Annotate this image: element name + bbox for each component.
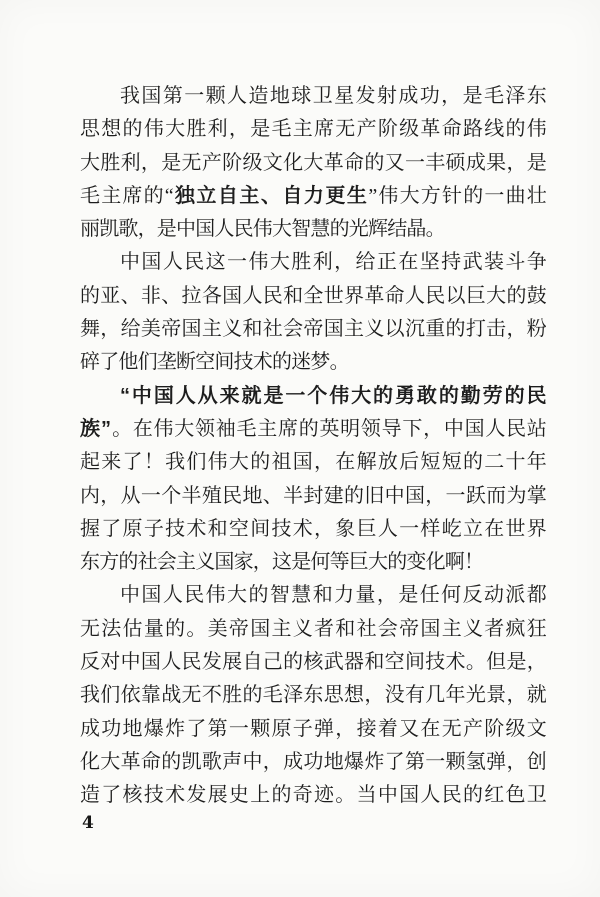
text-line: 我国第一颗人造地球卫星发射成功，是毛泽东 xyxy=(80,80,546,113)
text-segment: 化大革命的凯歌声中，成功地爆炸了第一颗氢弹，创 xyxy=(80,751,546,773)
text-line: 起来了！我们伟大的祖国，在解放后短短的二十年 xyxy=(80,446,546,479)
text-line: 握了原子技术和空间技术，象巨人一样屹立在世界 xyxy=(80,513,546,546)
text-segment: 大胜利，是无产阶级文化大革命的又一丰硕成果，是 xyxy=(80,152,546,174)
text-segment: 思想的伟大胜利，是毛主席无产阶级革命路线的伟 xyxy=(80,118,546,140)
text-segment: 起来了！我们伟大的祖国，在解放后短短的二十年 xyxy=(80,451,546,473)
text-line: 族”。在伟大领袖毛主席的英明领导下，中国人民站 xyxy=(80,413,546,446)
text-line: 丽凯歌，是中国人民伟大智慧的光辉结晶。 xyxy=(80,213,546,246)
text-line: 内，从一个半殖民地、半封建的旧中国，一跃而为掌 xyxy=(80,480,546,513)
text-segment: 的亚、非、拉各国人民和全世界革命人民以巨大的鼓 xyxy=(80,285,546,307)
text-segment: 内，从一个半殖民地、半封建的旧中国，一跃而为掌 xyxy=(80,485,546,507)
text-line: 大胜利，是无产阶级文化大革命的又一丰硕成果，是 xyxy=(80,147,546,180)
paragraph: 中国人民这一伟大胜利，给正在坚持武装斗争的亚、非、拉各国人民和全世界革命人民以巨… xyxy=(80,246,546,379)
text-segment: 。在伟大领袖毛主席的英明领导下，中国人民站 xyxy=(111,418,546,440)
text-segment: 中国人民伟大的智慧和力量，是任何反动派都 xyxy=(120,584,546,606)
bold-quote-segment: 独立自主、自力更生 xyxy=(173,185,368,207)
text-line: 中国人民伟大的智慧和力量，是任何反动派都 xyxy=(80,579,546,612)
text-line: 反对中国人民发展自己的核武器和空间技术。但是， xyxy=(80,646,546,679)
paragraph: “中国人从来就是一个伟大的勇敢的勤劳的民族”。在伟大领袖毛主席的英明领导下，中国… xyxy=(80,380,546,580)
text-line: 无法估量的。美帝国主义者和社会帝国主义者疯狂 xyxy=(80,613,546,646)
text-line: 我们依靠战无不胜的毛泽东思想，没有几年光景，就 xyxy=(80,679,546,712)
text-segment: 碎了他们垄断空间技术的迷梦。 xyxy=(80,351,349,373)
text-segment: 握了原子技术和空间技术，象巨人一样屹立在世界 xyxy=(80,518,546,540)
text-segment: 中国人民这一伟大胜利，给正在坚持武装斗争 xyxy=(120,251,546,273)
text-line: 毛主席的“独立自主、自力更生”伟大方针的一曲壮 xyxy=(80,180,546,213)
paragraph: 中国人民伟大的智慧和力量，是任何反动派都无法估量的。美帝国主义者和社会帝国主义者… xyxy=(80,579,546,812)
text-segment: 我国第一颗人造地球卫星发射成功，是毛泽东 xyxy=(120,85,546,107)
bold-quote-segment: “中国人从来就是一个伟大的勇敢的勤劳的民 xyxy=(120,385,546,407)
text-segment: 无法估量的。美帝国主义者和社会帝国主义者疯狂 xyxy=(80,618,546,640)
text-segment: ”伟大方针的一曲壮 xyxy=(368,185,546,207)
paragraph: 我国第一颗人造地球卫星发射成功，是毛泽东思想的伟大胜利，是毛主席无产阶级革命路线… xyxy=(80,80,546,246)
text-segment: 丽凯歌，是中国人民伟大智慧的光辉结晶。 xyxy=(80,218,445,240)
text-line: 化大革命的凯歌声中，成功地爆炸了第一颗氢弹，创 xyxy=(80,746,546,779)
text-line: “中国人从来就是一个伟大的勇敢的勤劳的民 xyxy=(80,380,546,413)
text-line: 造了核技术发展史上的奇迹。当中国人民的红色卫 xyxy=(80,779,546,812)
text-line: 成功地爆炸了第一颗原子弹，接着又在无产阶级文 xyxy=(80,713,546,746)
text-line: 舞，给美帝国主义和社会帝国主义以沉重的打击，粉 xyxy=(80,313,546,346)
text-line: 的亚、非、拉各国人民和全世界革命人民以巨大的鼓 xyxy=(80,280,546,313)
scanned-page: 我国第一颗人造地球卫星发射成功，是毛泽东思想的伟大胜利，是毛主席无产阶级革命路线… xyxy=(0,0,600,897)
text-line: 碎了他们垄断空间技术的迷梦。 xyxy=(80,346,546,379)
text-segment: 舞，给美帝国主义和社会帝国主义以沉重的打击，粉 xyxy=(80,318,546,340)
text-line: 东方的社会主义国家，这是何等巨大的变化啊！ xyxy=(80,546,546,579)
page-number: 4 xyxy=(82,813,94,833)
text-segment: 反对中国人民发展自己的核武器和空间技术。但是， xyxy=(80,651,546,673)
text-segment: 毛主席的“ xyxy=(80,185,173,207)
text-line: 思想的伟大胜利，是毛主席无产阶级革命路线的伟 xyxy=(80,113,546,146)
text-segment: 东方的社会主义国家，这是何等巨大的变化啊！ xyxy=(80,551,483,573)
bold-quote-segment: 族” xyxy=(80,418,111,440)
text-segment: 造了核技术发展史上的奇迹。当中国人民的红色卫 xyxy=(80,784,546,806)
body-text: 我国第一颗人造地球卫星发射成功，是毛泽东思想的伟大胜利，是毛主席无产阶级革命路线… xyxy=(80,80,546,813)
text-segment: 成功地爆炸了第一颗原子弹，接着又在无产阶级文 xyxy=(80,718,546,740)
text-segment: 我们依靠战无不胜的毛泽东思想，没有几年光景，就 xyxy=(80,684,546,706)
text-line: 中国人民这一伟大胜利，给正在坚持武装斗争 xyxy=(80,246,546,279)
